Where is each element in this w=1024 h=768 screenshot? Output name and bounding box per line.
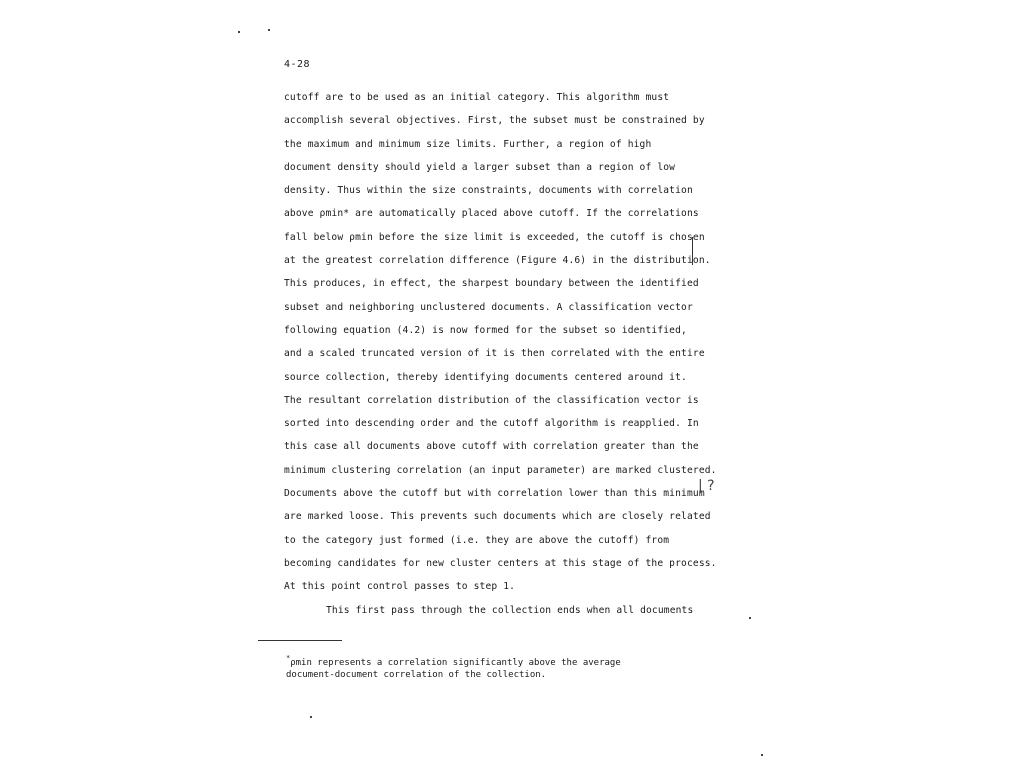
scan-speck [238, 31, 240, 33]
text-line: source collection, thereby identifying d… [284, 371, 694, 394]
text-line: above ρmin* are automatically placed abo… [284, 207, 694, 230]
text-line: This first pass through the collection e… [284, 604, 694, 627]
margin-question-mark: | ? [698, 478, 715, 494]
text-line: At this point control passes to step 1. [284, 580, 694, 603]
text-line: This produces, in effect, the sharpest b… [284, 277, 694, 300]
text-line: the maximum and minimum size limits. Fur… [284, 138, 694, 161]
body-text: cutoff are to be used as an initial cate… [284, 91, 694, 627]
text-line: density. Thus within the size constraint… [284, 184, 694, 207]
text-line: Documents above the cutoff but with corr… [284, 487, 694, 510]
page-number: 4-28 [284, 59, 310, 70]
footnote-marker: * [286, 654, 290, 662]
text-line: becoming candidates for new cluster cent… [284, 557, 694, 580]
footnote: *ρmin represents a correlation significa… [286, 657, 686, 681]
scan-speck [310, 716, 312, 718]
footnote-line-2: document-document correlation of the col… [286, 669, 686, 681]
margin-bracket-mark [692, 237, 693, 265]
text-line: are marked loose. This prevents such doc… [284, 510, 694, 533]
scan-speck [268, 29, 270, 31]
text-line: The resultant correlation distribution o… [284, 394, 694, 417]
text-line: accomplish several objectives. First, th… [284, 114, 694, 137]
text-line: following equation (4.2) is now formed f… [284, 324, 694, 347]
text-line: minimum clustering correlation (an input… [284, 464, 694, 487]
text-line: this case all documents above cutoff wit… [284, 440, 694, 463]
text-line: document density should yield a larger s… [284, 161, 694, 184]
text-line: and a scaled truncated version of it is … [284, 347, 694, 370]
footnote-line-1: ρmin represents a correlation significan… [290, 658, 621, 668]
text-line: subset and neighboring unclustered docum… [284, 301, 694, 324]
scan-speck [749, 617, 751, 619]
text-line: to the category just formed (i.e. they a… [284, 534, 694, 557]
footnote-divider [258, 640, 342, 641]
scan-speck [761, 754, 763, 756]
text-line: sorted into descending order and the cut… [284, 417, 694, 440]
text-line: cutoff are to be used as an initial cate… [284, 91, 694, 114]
text-line: fall below ρmin before the size limit is… [284, 231, 694, 254]
text-line: at the greatest correlation difference (… [284, 254, 694, 277]
